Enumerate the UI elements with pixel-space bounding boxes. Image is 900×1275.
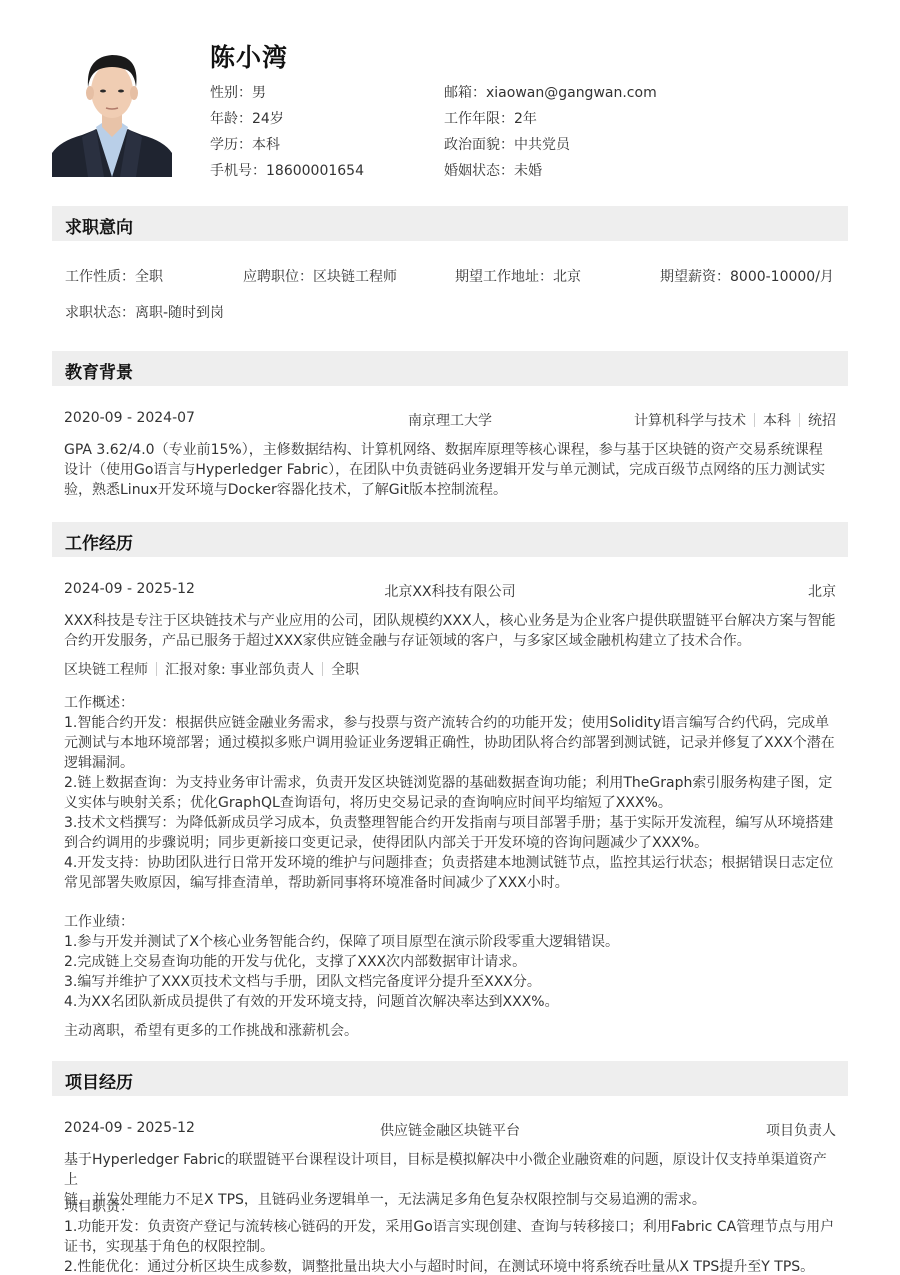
info-age: 年龄：24岁 bbox=[210, 108, 364, 134]
info-value: 本科 bbox=[252, 137, 280, 153]
info-phone: 手机号：18600001654 bbox=[210, 160, 364, 186]
info-marital-status: 婚姻状态：未婚 bbox=[444, 160, 657, 186]
info-value: 24岁 bbox=[252, 111, 284, 127]
work-achievements: 工作业绩： 1.参与开发并测试了X个核心业务智能合约，保障了项目原型在演示阶段零… bbox=[64, 912, 836, 1012]
info-label: 婚姻状态： bbox=[444, 163, 514, 179]
profile-header: 陈小湾 性别：男 年龄：24岁 学历：本科 手机号：18600001654 邮箱… bbox=[52, 0, 848, 190]
work-company: 北京XX科技有限公司 bbox=[64, 581, 836, 601]
intent-salary: 期望薪资：8000-10000/月 bbox=[660, 266, 834, 286]
profile-photo bbox=[52, 45, 172, 177]
section-education: 教育背景 bbox=[52, 351, 848, 386]
intent-location: 期望工作地址：北京 bbox=[455, 266, 581, 286]
work-entry-header: 2024-09 - 2025-12 北京XX科技有限公司 北京 bbox=[64, 581, 836, 601]
info-label: 邮箱： bbox=[444, 85, 486, 101]
education-entry-header: 2020-09 - 2024-07 南京理工大学 计算机科学与技术本科统招 bbox=[64, 410, 836, 430]
achievements-title: 工作业绩： bbox=[64, 912, 836, 932]
education-degree: 本科 bbox=[763, 413, 791, 429]
education-major: 计算机科学与技术 bbox=[634, 413, 746, 429]
portrait-image bbox=[52, 45, 172, 177]
intent-job-type: 工作性质：全职 bbox=[65, 266, 163, 286]
section-title: 工作经历 bbox=[65, 529, 133, 554]
project-entry-header: 2024-09 - 2025-12 供应链金融区块链平台 项目负责人 bbox=[64, 1120, 836, 1140]
employment-type-tag: 全职 bbox=[331, 662, 359, 678]
company-intro: XXX科技是专注于区块链技术与产业应用的公司，团队规模约XXX人，核心业务是为企… bbox=[64, 611, 836, 651]
project-duties: 项目职责： 1.功能开发：负责资产登记与流转核心链码的开发，采用Go语言实现创建… bbox=[64, 1197, 836, 1275]
leave-reason: 主动离职，希望有更多的工作挑战和涨薪机会。 bbox=[64, 1020, 358, 1040]
divider bbox=[322, 662, 323, 676]
info-label: 学历： bbox=[210, 137, 252, 153]
info-value: xiaowan@gangwan.com bbox=[486, 85, 657, 101]
info-label: 政治面貌： bbox=[444, 137, 514, 153]
section-title: 求职意向 bbox=[65, 213, 133, 238]
info-value: 2年 bbox=[514, 111, 537, 127]
basic-info-left: 性别：男 年龄：24岁 学历：本科 手机号：18600001654 bbox=[210, 82, 364, 186]
info-label: 性别： bbox=[210, 85, 252, 101]
info-education: 学历：本科 bbox=[210, 134, 364, 160]
info-label: 手机号： bbox=[210, 163, 266, 179]
info-value: 18600001654 bbox=[266, 163, 364, 179]
section-work-experience: 工作经历 bbox=[52, 522, 848, 557]
project-role: 项目负责人 bbox=[766, 1120, 836, 1140]
candidate-name: 陈小湾 bbox=[210, 38, 288, 74]
info-gender: 性别：男 bbox=[210, 82, 364, 108]
duties-title: 项目职责： bbox=[64, 1197, 836, 1217]
work-city: 北京 bbox=[808, 581, 836, 601]
overview-title: 工作概述： bbox=[64, 693, 836, 713]
work-overview: 工作概述： 1.智能合约开发：根据供应链金融业务需求，参与投票与资产流转合约的功… bbox=[64, 693, 836, 893]
info-work-years: 工作年限：2年 bbox=[444, 108, 657, 134]
intent-position: 应聘职位：区块链工程师 bbox=[243, 266, 397, 286]
divider bbox=[799, 413, 800, 427]
info-value: 未婚 bbox=[514, 163, 542, 179]
info-email: 邮箱：xiaowan@gangwan.com bbox=[444, 82, 657, 108]
report-to-tag: 汇报对象: 事业部负责人 bbox=[165, 662, 314, 678]
info-political-status: 政治面貌：中共党员 bbox=[444, 134, 657, 160]
work-tags: 区块链工程师汇报对象: 事业部负责人全职 bbox=[64, 659, 359, 679]
info-label: 年龄： bbox=[210, 111, 252, 127]
section-title: 项目经历 bbox=[65, 1068, 133, 1093]
resume-page: 陈小湾 性别：男 年龄：24岁 学历：本科 手机号：18600001654 邮箱… bbox=[52, 0, 848, 190]
section-title: 教育背景 bbox=[65, 358, 133, 383]
section-project-experience: 项目经历 bbox=[52, 1061, 848, 1096]
work-title-tag: 区块链工程师 bbox=[64, 662, 148, 678]
divider bbox=[754, 413, 755, 427]
divider bbox=[156, 662, 157, 676]
project-name: 供应链金融区块链平台 bbox=[64, 1120, 836, 1140]
education-type: 统招 bbox=[808, 413, 836, 429]
section-job-intent: 求职意向 bbox=[52, 206, 848, 241]
info-label: 工作年限： bbox=[444, 111, 514, 127]
intent-status: 求职状态：离职-随时到岗 bbox=[65, 302, 224, 322]
basic-info-right: 邮箱：xiaowan@gangwan.com 工作年限：2年 政治面貌：中共党员… bbox=[444, 82, 657, 186]
info-value: 男 bbox=[252, 85, 266, 101]
education-description: GPA 3.62/4.0（专业前15%），主修数据结构、计算机网络、数据库原理等… bbox=[64, 440, 836, 500]
education-details: 计算机科学与技术本科统招 bbox=[634, 410, 836, 430]
info-value: 中共党员 bbox=[514, 137, 570, 153]
